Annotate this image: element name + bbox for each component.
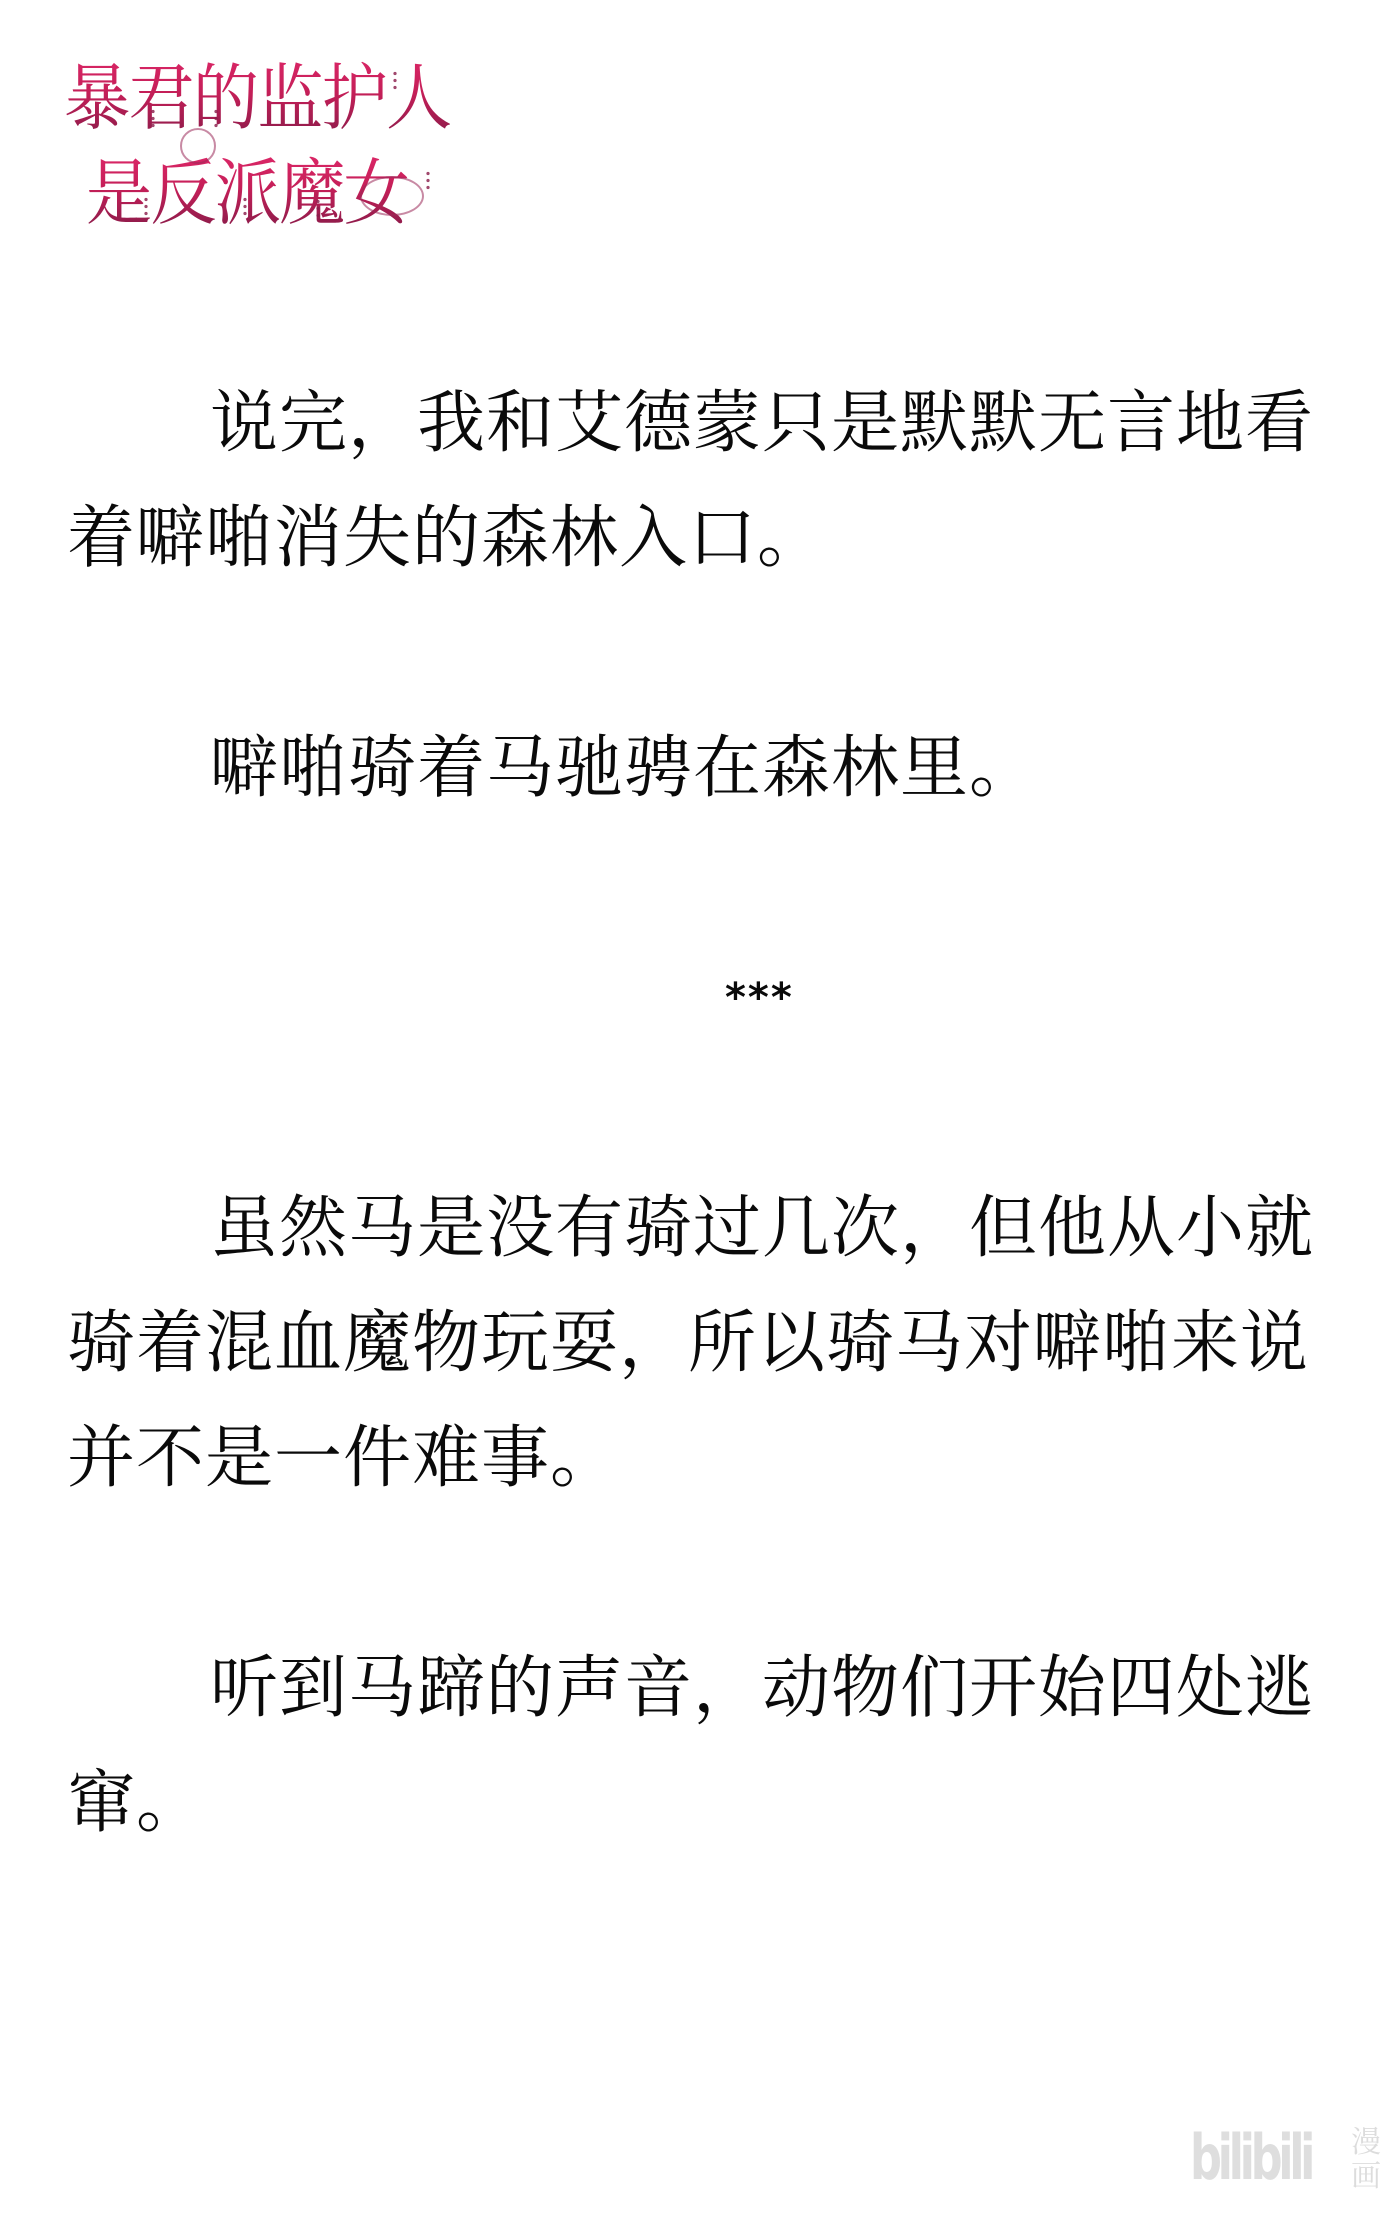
- logo-dot-ornament: [144, 196, 148, 218]
- scene-break-divider: ***: [67, 941, 1347, 1056]
- manga-label-bottom: 画: [1350, 2160, 1382, 2194]
- comic-title-logo: 暴君的监护人 是反派魔女: [60, 48, 490, 248]
- paragraph-line: 着噼啪消失的森林入口。: [67, 481, 1347, 596]
- manga-label-top: 漫: [1350, 2126, 1382, 2160]
- paragraph: 说完，我和艾德蒙只是默默无言地看 着噼啪消失的森林入口。: [67, 366, 1347, 596]
- logo-dot-ornament: [151, 108, 155, 130]
- paragraph-line: 听到马蹄的声音，动物们开始四处逃: [67, 1631, 1347, 1746]
- paragraph-line: 说完，我和艾德蒙只是默默无言地看: [67, 366, 1347, 481]
- story-text: 说完，我和艾德蒙只是默默无言地看 着噼啪消失的森林入口。 噼啪骑着马驰骋在森林里…: [67, 366, 1347, 1861]
- logo-title-line-1: 暴君的监护人: [64, 48, 450, 148]
- paragraph: 噼啪骑着马驰骋在森林里。: [67, 711, 1347, 826]
- paragraph: 听到马蹄的声音，动物们开始四处逃 窜。: [67, 1631, 1347, 1861]
- logo-swirl-ornament: [180, 128, 216, 164]
- paragraph-spacer: [67, 596, 1347, 711]
- logo-dot-ornament: [426, 170, 430, 192]
- paragraph-spacer: [67, 826, 1347, 941]
- paragraph-spacer: [67, 1056, 1347, 1171]
- paragraph-line: 并不是一件难事。: [67, 1401, 1347, 1516]
- bilibili-manga-watermark: bilibili 漫 画: [1190, 2122, 1390, 2197]
- paragraph-line: 骑着混血魔物玩耍，所以骑马对噼啪来说: [67, 1286, 1347, 1401]
- logo-dot-ornament: [214, 108, 218, 130]
- paragraph-line: 虽然马是没有骑过几次，但他从小就: [67, 1171, 1347, 1286]
- logo-dot-ornament: [316, 198, 320, 220]
- logo-swirl-ornament: [360, 176, 424, 216]
- manga-label: 漫 画: [1350, 2126, 1382, 2194]
- logo-dot-ornament: [393, 70, 397, 92]
- paragraph-line: 窜。: [67, 1746, 1347, 1861]
- paragraph-line: 噼啪骑着马驰骋在森林里。: [67, 711, 1347, 826]
- paragraph-spacer: [67, 1516, 1347, 1631]
- logo-dot-ornament: [243, 196, 247, 218]
- bilibili-logo-text: bilibili: [1190, 2122, 1311, 2194]
- paragraph: 虽然马是没有骑过几次，但他从小就 骑着混血魔物玩耍，所以骑马对噼啪来说 并不是一…: [67, 1171, 1347, 1516]
